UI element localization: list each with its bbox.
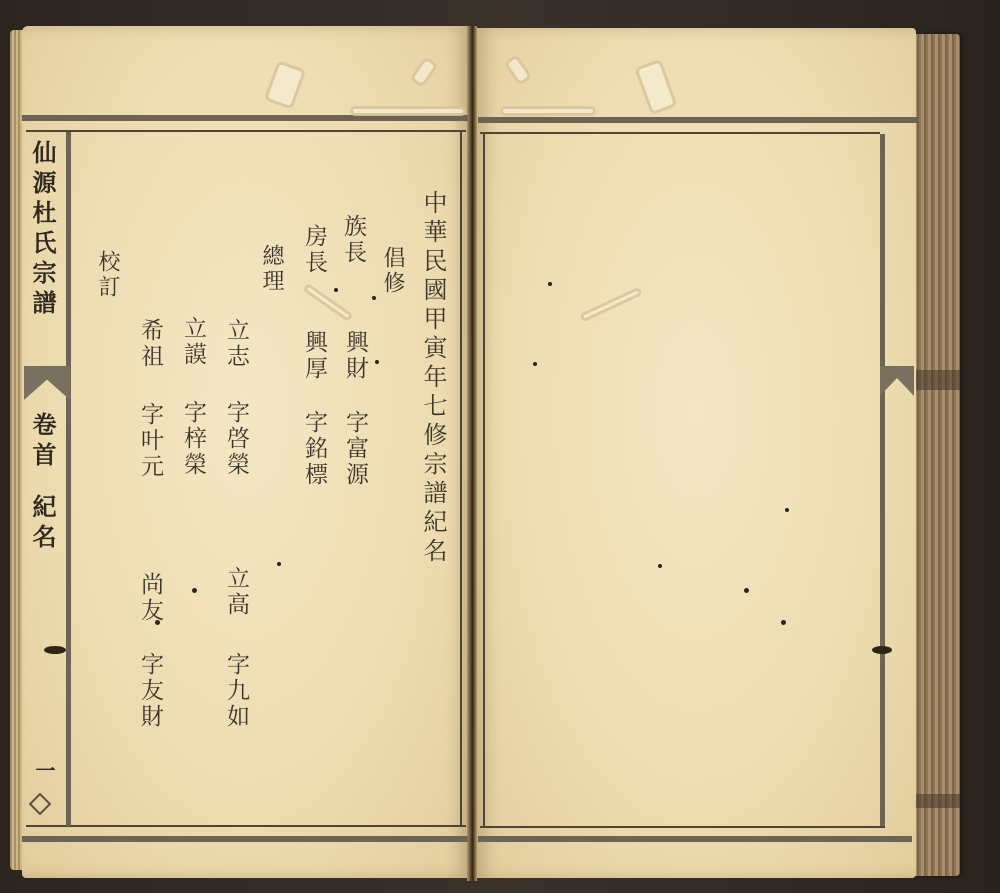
courtesy-youcai: 字友財	[138, 652, 161, 730]
spine-folio-number: 一	[34, 760, 54, 786]
name-shangyou: 尚友	[138, 572, 161, 624]
right-page	[476, 28, 916, 878]
courtesy-zirong: 字梓榮	[181, 400, 204, 478]
ink-speck	[155, 620, 160, 625]
spine-column-border	[66, 132, 71, 826]
ink-speck	[372, 296, 376, 300]
name-lizhi: 立志	[224, 318, 247, 370]
page-heading: 中華民國甲寅年七修宗譜紀名	[421, 190, 445, 567]
spine-section: 紀名	[30, 494, 54, 554]
inner-border-left	[460, 132, 462, 826]
ink-speck	[785, 508, 789, 512]
bottom-border-thin	[26, 825, 466, 827]
ink-speck	[533, 362, 537, 366]
bottom-border-thin-right	[480, 826, 885, 828]
ink-speck	[375, 360, 379, 364]
name-xingcai: 興財	[343, 330, 366, 382]
fore-edge-page-stack	[912, 34, 960, 876]
ink-speck	[744, 588, 749, 593]
fore-edge-band	[912, 370, 960, 390]
spine-volume: 卷首	[30, 412, 54, 472]
name-ligao: 立高	[224, 566, 247, 618]
courtesy-jiuru: 字九如	[224, 652, 247, 730]
ink-speck	[658, 564, 662, 568]
courtesy-qirong: 字啓榮	[224, 400, 247, 478]
ink-blot	[44, 646, 66, 654]
bottom-border-thick-right	[478, 836, 912, 842]
fore-edge-band	[912, 794, 960, 808]
name-limo: 立謨	[181, 316, 204, 368]
ink-speck	[277, 562, 281, 566]
top-border-thick-right	[478, 117, 918, 123]
book-gutter	[467, 26, 477, 881]
role-zuzhang: 族長	[341, 214, 364, 266]
top-border-thin-right	[480, 132, 880, 134]
role-jiaoding: 校訂	[96, 250, 118, 300]
inner-border-right	[483, 132, 485, 826]
ink-speck	[192, 588, 197, 593]
ink-blot	[872, 646, 892, 654]
top-border-thin	[26, 130, 466, 132]
bottom-border-thick	[22, 836, 468, 842]
role-changxiu: 倡修	[381, 246, 403, 296]
wormhole-damage	[500, 106, 596, 116]
courtesy-mingbiao: 字銘標	[302, 410, 325, 488]
role-fangzhang: 房長	[302, 224, 325, 276]
name-xizu: 希祖	[138, 318, 161, 370]
ink-speck	[781, 620, 786, 625]
courtesy-yeyuan: 字叶元	[138, 402, 161, 480]
right-spine-border	[880, 134, 885, 826]
role-zongli: 總理	[260, 244, 282, 294]
spine-book-title: 仙源杜氏宗譜	[30, 140, 54, 320]
courtesy-fuyuan: 字富源	[343, 410, 366, 488]
ink-speck	[334, 288, 338, 292]
ink-speck	[548, 282, 552, 286]
name-xinghou: 興厚	[302, 330, 325, 382]
wormhole-damage	[350, 106, 466, 116]
